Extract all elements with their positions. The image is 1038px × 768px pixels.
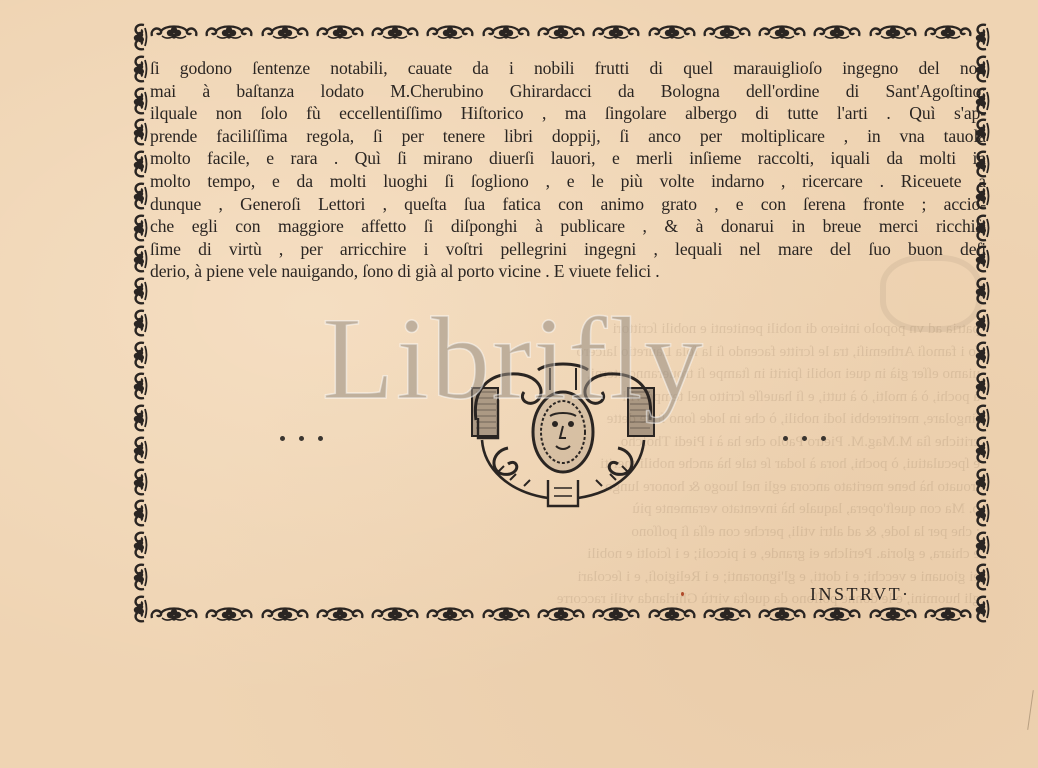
scroll-ornament-icon: [973, 562, 991, 592]
scroll-ornament-icon: [701, 605, 753, 623]
scroll-ornament-icon: [369, 605, 421, 623]
border-left: [130, 22, 150, 624]
scroll-ornament-icon: [480, 23, 532, 41]
scroll-ornament-icon: [131, 86, 149, 116]
scroll-ornament-icon: [973, 22, 991, 52]
text-line: prende faciliſſima regola, ſi per tenere…: [150, 125, 986, 148]
text-line: molto facile, e rara . Quì ſi mirano diu…: [150, 147, 986, 170]
scroll-ornament-icon: [646, 605, 698, 623]
border-bottom: [148, 604, 974, 624]
scroll-ornament-icon: [756, 605, 808, 623]
scroll-ornament-icon: [811, 23, 863, 41]
scroll-ornament-icon: [867, 23, 919, 41]
scroll-ornament-icon: [131, 562, 149, 592]
text-line: dunque , Generoſi Lettori , queſta ſua f…: [150, 193, 986, 216]
scroll-ornament-icon: [973, 308, 991, 338]
scroll-ornament-icon: [259, 23, 311, 41]
border-top: [148, 22, 974, 42]
scroll-ornament-icon: [535, 605, 587, 623]
scroll-ornament-icon: [131, 403, 149, 433]
dot-icon: [821, 436, 826, 441]
scroll-ornament-icon: [131, 276, 149, 306]
scroll-ornament-icon: [973, 371, 991, 401]
scroll-ornament-icon: [131, 54, 149, 84]
scroll-ornament-icon: [811, 605, 863, 623]
scroll-ornament-icon: [314, 605, 366, 623]
scroll-ornament-icon: [131, 498, 149, 528]
scroll-ornament-icon: [590, 605, 642, 623]
scroll-ornament-icon: [756, 23, 808, 41]
text-line: ſime di virtù , per arricchire i voſtri …: [150, 238, 986, 261]
scroll-ornament-icon: [131, 181, 149, 211]
scroll-ornament-icon: [646, 23, 698, 41]
scroll-ornament-icon: [131, 244, 149, 274]
scroll-ornament-icon: [973, 530, 991, 560]
scroll-ornament-icon: [973, 403, 991, 433]
scroll-ornament-icon: [973, 435, 991, 465]
catchword: INSTRVT·: [810, 584, 911, 605]
scroll-ornament-icon: [973, 340, 991, 370]
scroll-ornament-icon: [701, 23, 753, 41]
book-page: patria ad vn popolo intiero di nobili pe…: [0, 0, 1038, 768]
text-line: molto tempo, e da molti luoghi ſi ſoglio…: [150, 170, 986, 193]
scroll-ornament-icon: [867, 605, 919, 623]
scroll-ornament-icon: [131, 117, 149, 147]
dot-ornament-right: [783, 436, 826, 441]
scroll-ornament-icon: [148, 23, 200, 41]
scroll-ornament-icon: [314, 23, 366, 41]
body-paragraph: ſi godono ſentenze notabili, cauate da i…: [150, 57, 986, 283]
scroll-ornament-icon: [131, 22, 149, 52]
text-line: derio, à piene vele nauigando, ſono di g…: [150, 260, 986, 283]
dot-icon: [783, 436, 788, 441]
grotesque-mask-emblem-icon: [468, 360, 658, 512]
text-line: mai à baſtanza lodato M.Cherubino Ghirar…: [150, 80, 986, 103]
scroll-ornament-icon: [922, 23, 974, 41]
dot-ornament-left: [280, 436, 323, 441]
scroll-ornament-icon: [148, 605, 200, 623]
scroll-ornament-icon: [480, 605, 532, 623]
scroll-ornament-icon: [535, 23, 587, 41]
scroll-ornament-icon: [131, 308, 149, 338]
scroll-ornament-icon: [922, 605, 974, 623]
scroll-ornament-icon: [203, 23, 255, 41]
text-line: che egli con maggiore affetto ſi diſpong…: [150, 215, 986, 238]
scroll-ornament-icon: [131, 340, 149, 370]
ink-spot: [681, 592, 684, 596]
scroll-ornament-icon: [131, 149, 149, 179]
text-line: ſi godono ſentenze notabili, cauate da i…: [150, 57, 986, 80]
dot-icon: [802, 436, 807, 441]
scroll-ornament-icon: [131, 467, 149, 497]
scroll-ornament-icon: [973, 498, 991, 528]
scroll-ornament-icon: [131, 213, 149, 243]
scroll-ornament-icon: [424, 23, 476, 41]
dot-icon: [280, 436, 285, 441]
scroll-ornament-icon: [259, 605, 311, 623]
scroll-ornament-icon: [131, 594, 149, 624]
scroll-ornament-icon: [369, 23, 421, 41]
scroll-ornament-icon: [203, 605, 255, 623]
dot-icon: [318, 436, 323, 441]
scroll-ornament-icon: [973, 594, 991, 624]
scroll-ornament-icon: [131, 371, 149, 401]
scroll-ornament-icon: [131, 435, 149, 465]
text-line: ilquale non ſolo fù eccellentiſſimo Hiſt…: [150, 102, 986, 125]
scroll-ornament-icon: [590, 23, 642, 41]
dot-icon: [299, 436, 304, 441]
paper-scratch: [1027, 690, 1034, 730]
scroll-ornament-icon: [973, 467, 991, 497]
scroll-ornament-icon: [424, 605, 476, 623]
scroll-ornament-icon: [131, 530, 149, 560]
